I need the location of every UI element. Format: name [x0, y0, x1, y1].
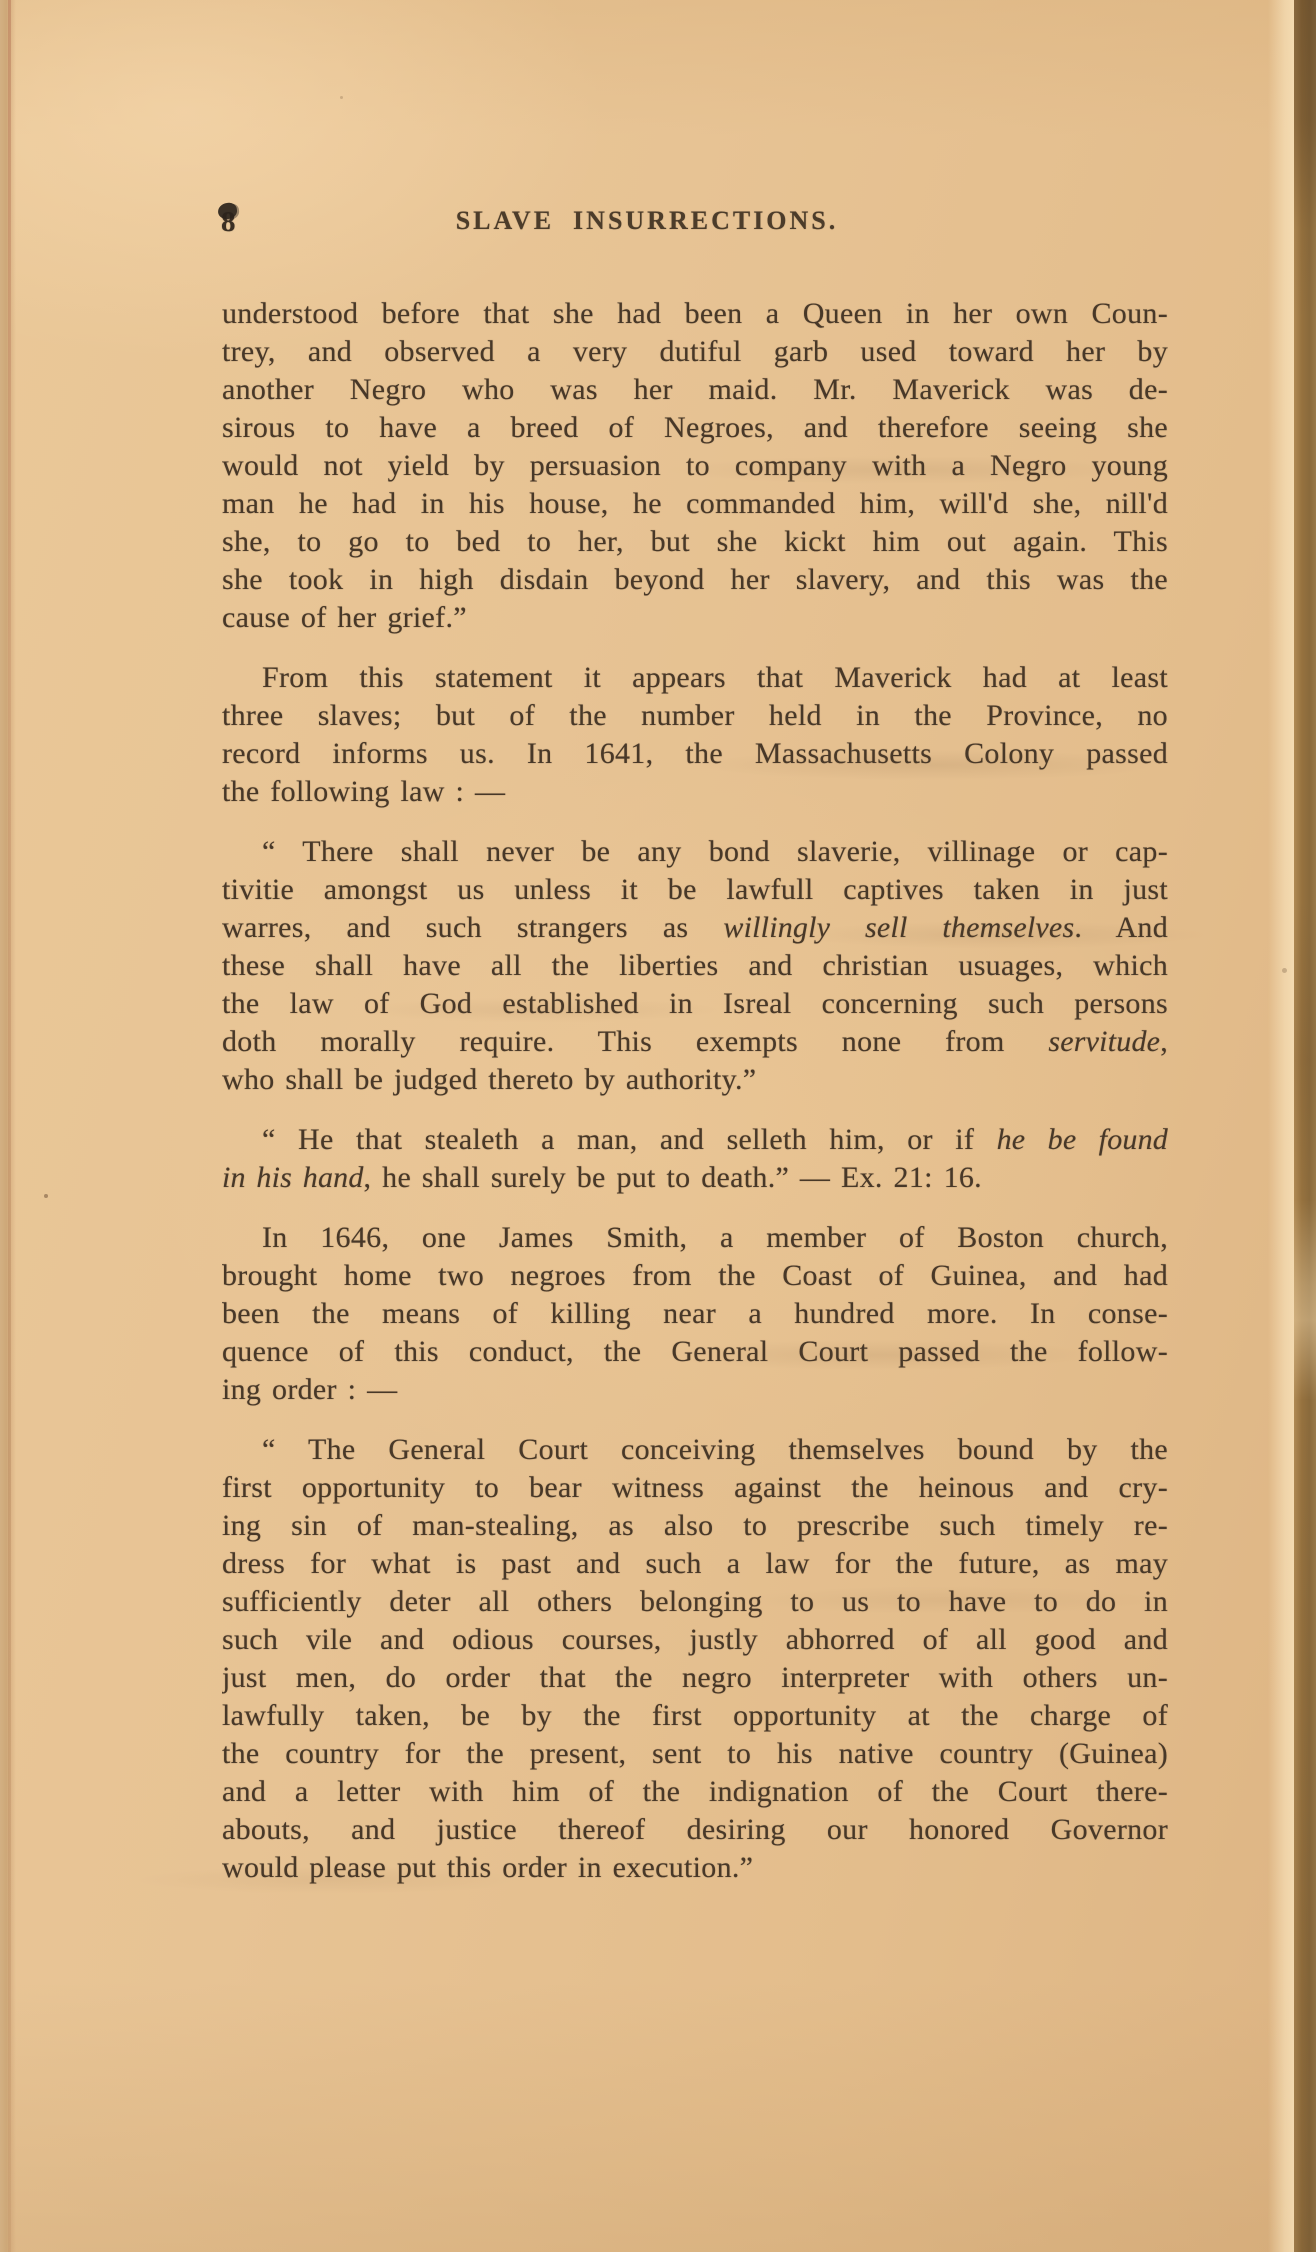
- paper-speck: [44, 1194, 48, 1198]
- text-line: ing sin of man-stealing, as also to pres…: [222, 1507, 1168, 1545]
- text-line: been the means of killing near a hundred…: [222, 1295, 1168, 1333]
- text-line: would please put this order in execution…: [222, 1849, 1168, 1887]
- paper-speck: [340, 96, 343, 99]
- text-line: sirous to have a breed of Negroes, and t…: [222, 409, 1168, 447]
- paragraph: “ There shall never be any bond slaverie…: [222, 833, 1168, 1099]
- paper-speck: [1282, 968, 1287, 973]
- text-line: cause of her grief.”: [222, 599, 1168, 637]
- running-header-title: SLAVE INSURRECTIONS.: [174, 206, 1120, 236]
- right-fold-highlight: [1268, 0, 1296, 2252]
- text-line: and a letter with him of the indignation…: [222, 1773, 1168, 1811]
- text-line: tivitie amongst us unless it be lawfull …: [222, 871, 1168, 909]
- text-line: man he had in his house, he commanded hi…: [222, 485, 1168, 523]
- text-line: three slaves; but of the number held in …: [222, 697, 1168, 735]
- text-line: “ There shall never be any bond slaverie…: [222, 833, 1168, 871]
- text-line: just men, do order that the negro interp…: [222, 1659, 1168, 1697]
- paragraph: “ He that stealeth a man, and selleth hi…: [222, 1121, 1168, 1197]
- paragraph: In 1646, one James Smith, a member of Bo…: [222, 1219, 1168, 1409]
- text-line: In 1646, one James Smith, a member of Bo…: [222, 1219, 1168, 1257]
- text-line: lawfully taken, be by the first opportun…: [222, 1697, 1168, 1735]
- text-line: she took in high disdain beyond her slav…: [222, 561, 1168, 599]
- text-line: first opportunity to bear witness agains…: [222, 1469, 1168, 1507]
- text-line: trey, and observed a very dutiful garb u…: [222, 333, 1168, 371]
- text-line: who shall be judged thereto by authority…: [222, 1061, 1168, 1099]
- text-block: understood before that she had been a Qu…: [222, 295, 1168, 1887]
- paragraph: “ The General Court conceiving themselve…: [222, 1431, 1168, 1887]
- text-line: sufficiently deter all others belonging …: [222, 1583, 1168, 1621]
- text-line: warres, and such strangers as willingly …: [222, 909, 1168, 947]
- text-line: brought home two negroes from the Coast …: [222, 1257, 1168, 1295]
- text-line: in his hand, he shall surely be put to d…: [222, 1159, 1168, 1197]
- text-line: would not yield by persuasion to company…: [222, 447, 1168, 485]
- text-line: abouts, and justice thereof desiring our…: [222, 1811, 1168, 1849]
- text-line: she, to go to bed to her, but she kickt …: [222, 523, 1168, 561]
- text-line: these shall have all the liberties and c…: [222, 947, 1168, 985]
- text-line: From this statement it appears that Mave…: [222, 659, 1168, 697]
- text-line: “ He that stealeth a man, and selleth hi…: [222, 1121, 1168, 1159]
- text-line: another Negro who was her maid. Mr. Mave…: [222, 371, 1168, 409]
- left-crease-line: [8, 0, 11, 2252]
- text-line: ing order : —: [222, 1371, 1168, 1409]
- right-page-edge-band: [1294, 0, 1316, 2252]
- text-line: quence of this conduct, the General Cour…: [222, 1333, 1168, 1371]
- text-line: the law of God established in Isreal con…: [222, 985, 1168, 1023]
- text-line: record informs us. In 1641, the Massachu…: [222, 735, 1168, 773]
- text-line: the country for the present, sent to his…: [222, 1735, 1168, 1773]
- paragraph: From this statement it appears that Mave…: [222, 659, 1168, 811]
- text-line: doth morally require. This exempts none …: [222, 1023, 1168, 1061]
- text-line: understood before that she had been a Qu…: [222, 295, 1168, 333]
- text-line: “ The General Court conceiving themselve…: [222, 1431, 1168, 1469]
- text-line: such vile and odious courses, justly abh…: [222, 1621, 1168, 1659]
- text-line: dress for what is past and such a law fo…: [222, 1545, 1168, 1583]
- text-line: the following law : —: [222, 773, 1168, 811]
- paragraph: understood before that she had been a Qu…: [222, 295, 1168, 637]
